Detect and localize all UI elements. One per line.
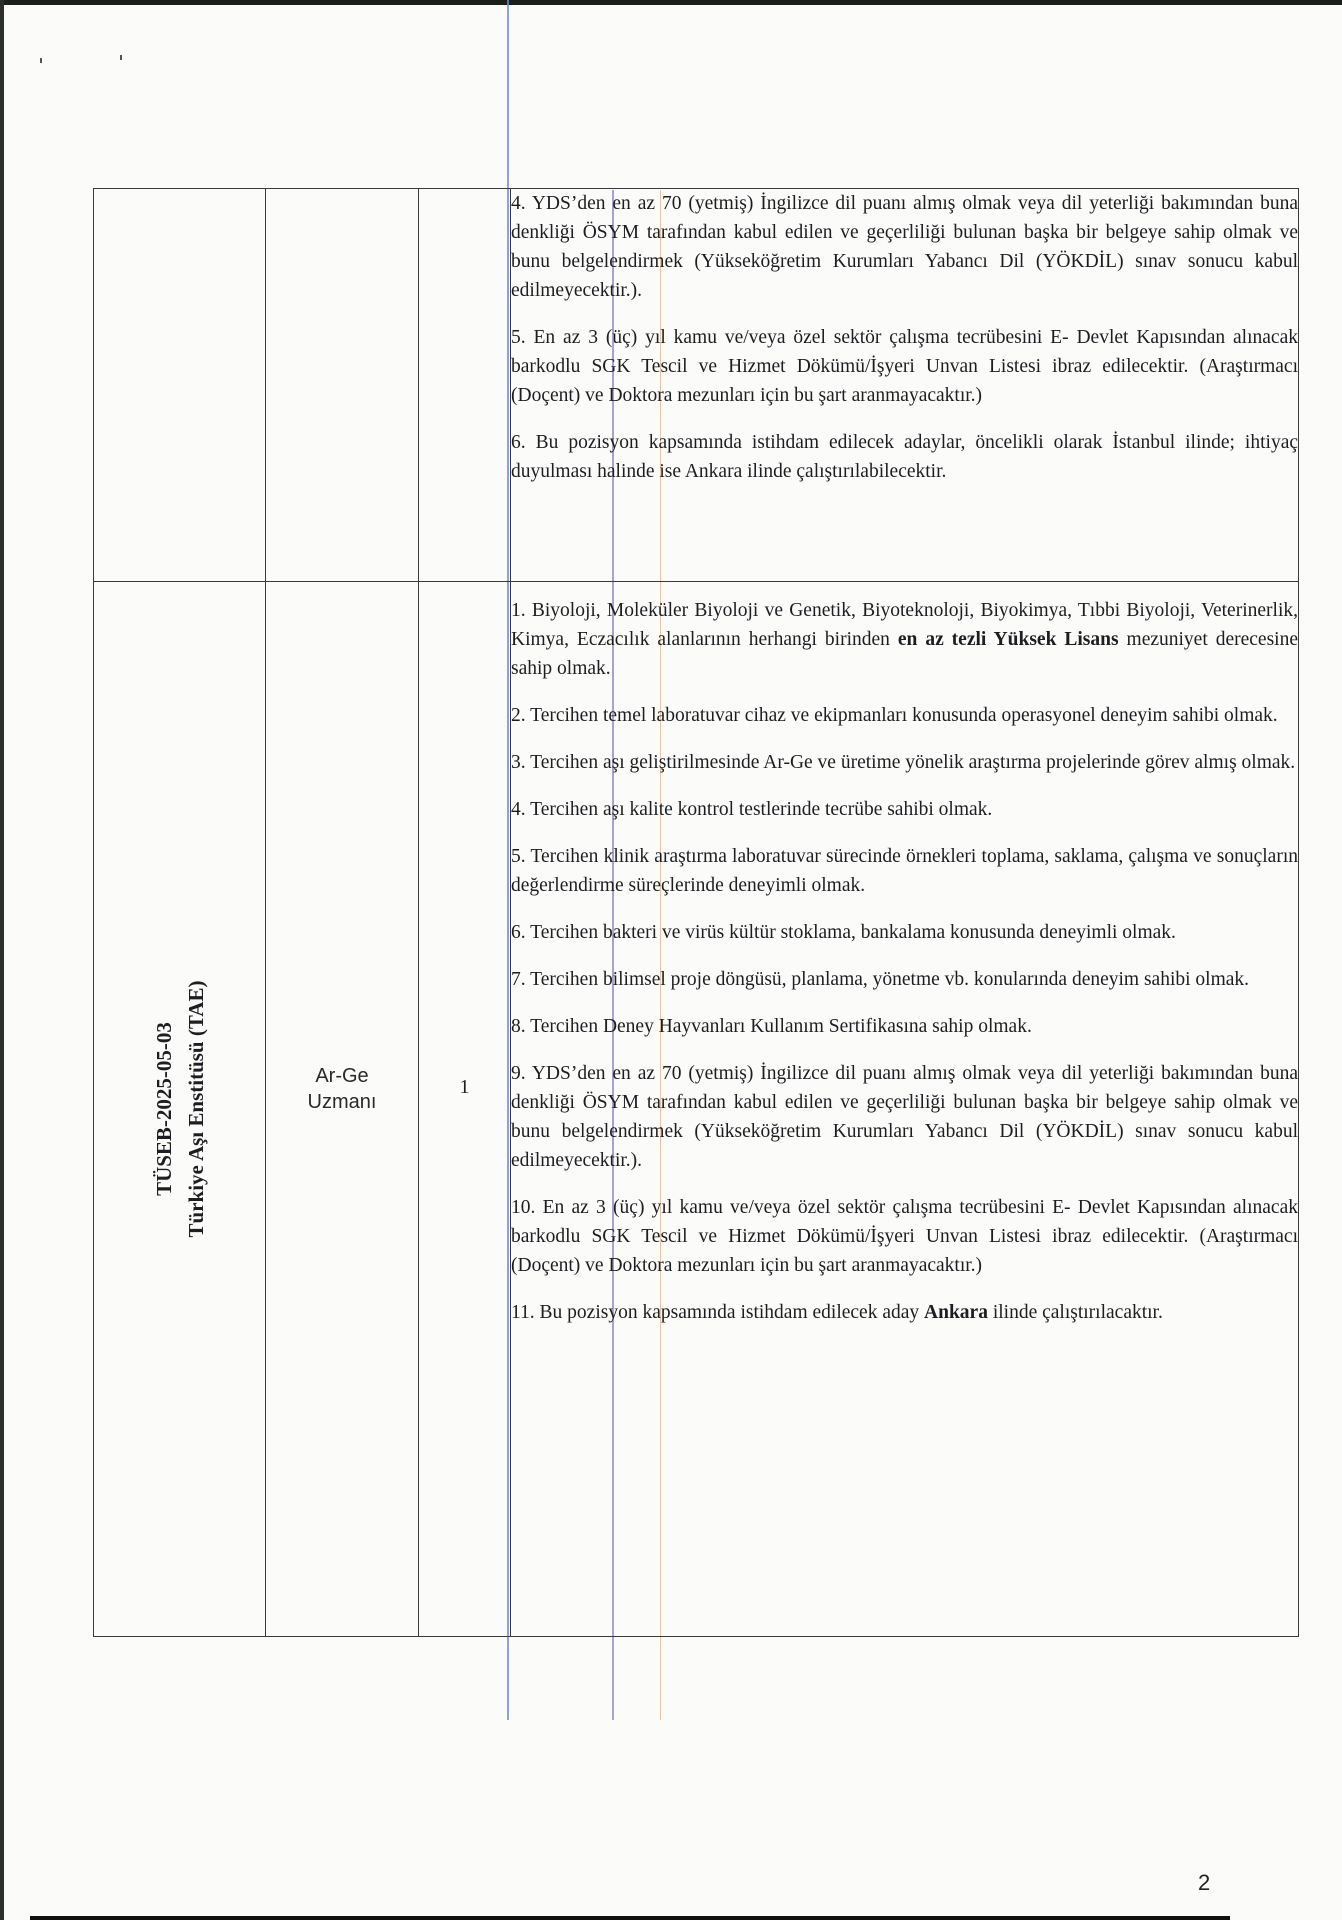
unit-code: TÜSEB-2025-05-03 [148, 981, 180, 1238]
scan-speck [120, 55, 122, 60]
requirement-item: 1. Biyoloji, Moleküler Biyoloji ve Genet… [511, 596, 1298, 683]
unit-cell: TÜSEB-2025-05-03 Türkiye Aşı Enstitüsü (… [94, 582, 266, 1637]
scan-edge-bottom [30, 1916, 1230, 1920]
position-cell: Ar-Ge Uzmanı [266, 582, 419, 1637]
count-cell [419, 189, 511, 582]
position-title-line: Ar-Ge [266, 1063, 418, 1089]
unit-cell [94, 189, 266, 582]
count-cell: 1 [419, 582, 511, 1637]
requirement-item: 6. Bu pozisyon kapsamında istihdam edile… [511, 428, 1298, 486]
scan-speck [40, 58, 42, 63]
requirement-item: 2. Tercihen temel laboratuvar cihaz ve e… [511, 701, 1298, 730]
unit-label-rotated: TÜSEB-2025-05-03 Türkiye Aşı Enstitüsü (… [148, 981, 212, 1238]
requirement-item: 5. En az 3 (üç) yıl kamu ve/veya özel se… [511, 323, 1298, 410]
requirements-cell: 1. Biyoloji, Moleküler Biyoloji ve Genet… [511, 582, 1299, 1637]
requirement-item: 8. Tercihen Deney Hayvanları Kullanım Se… [511, 1012, 1298, 1041]
page-number: 2 [1198, 1870, 1210, 1896]
requirement-item: 6. Tercihen bakteri ve virüs kültür stok… [511, 918, 1298, 947]
scan-edge-left [0, 0, 4, 1920]
table-row: 4. YDS’den en az 70 (yetmiş) İngilizce d… [94, 189, 1299, 582]
requirement-item: 7. Tercihen bilimsel proje döngüsü, plan… [511, 965, 1298, 994]
requirement-item: 4. Tercihen aşı kalite kontrol testlerin… [511, 795, 1298, 824]
position-count: 1 [419, 1076, 510, 1099]
requirement-item: 3. Tercihen aşı geliştirilmesinde Ar-Ge … [511, 748, 1298, 777]
scan-edge-top [0, 0, 1342, 5]
requirement-item: 4. YDS’den en az 70 (yetmiş) İngilizce d… [511, 189, 1298, 305]
position-cell [266, 189, 419, 582]
position-title-line: Uzmanı [266, 1089, 418, 1115]
position-title: Ar-Ge Uzmanı [266, 1063, 418, 1115]
requirement-item: 9. YDS’den en az 70 (yetmiş) İngilizce d… [511, 1059, 1298, 1175]
requirement-item: 10. En az 3 (üç) yıl kamu ve/veya özel s… [511, 1193, 1298, 1280]
table-row: TÜSEB-2025-05-03 Türkiye Aşı Enstitüsü (… [94, 582, 1299, 1637]
unit-name: Türkiye Aşı Enstitüsü (TAE) [180, 981, 212, 1238]
requirement-item: 11. Bu pozisyon kapsamında istihdam edil… [511, 1298, 1298, 1327]
position-requirements-table: 4. YDS’den en az 70 (yetmiş) İngilizce d… [93, 188, 1299, 1637]
requirement-item: 5. Tercihen klinik araştırma laboratuvar… [511, 842, 1298, 900]
requirements-cell: 4. YDS’den en az 70 (yetmiş) İngilizce d… [511, 189, 1299, 582]
